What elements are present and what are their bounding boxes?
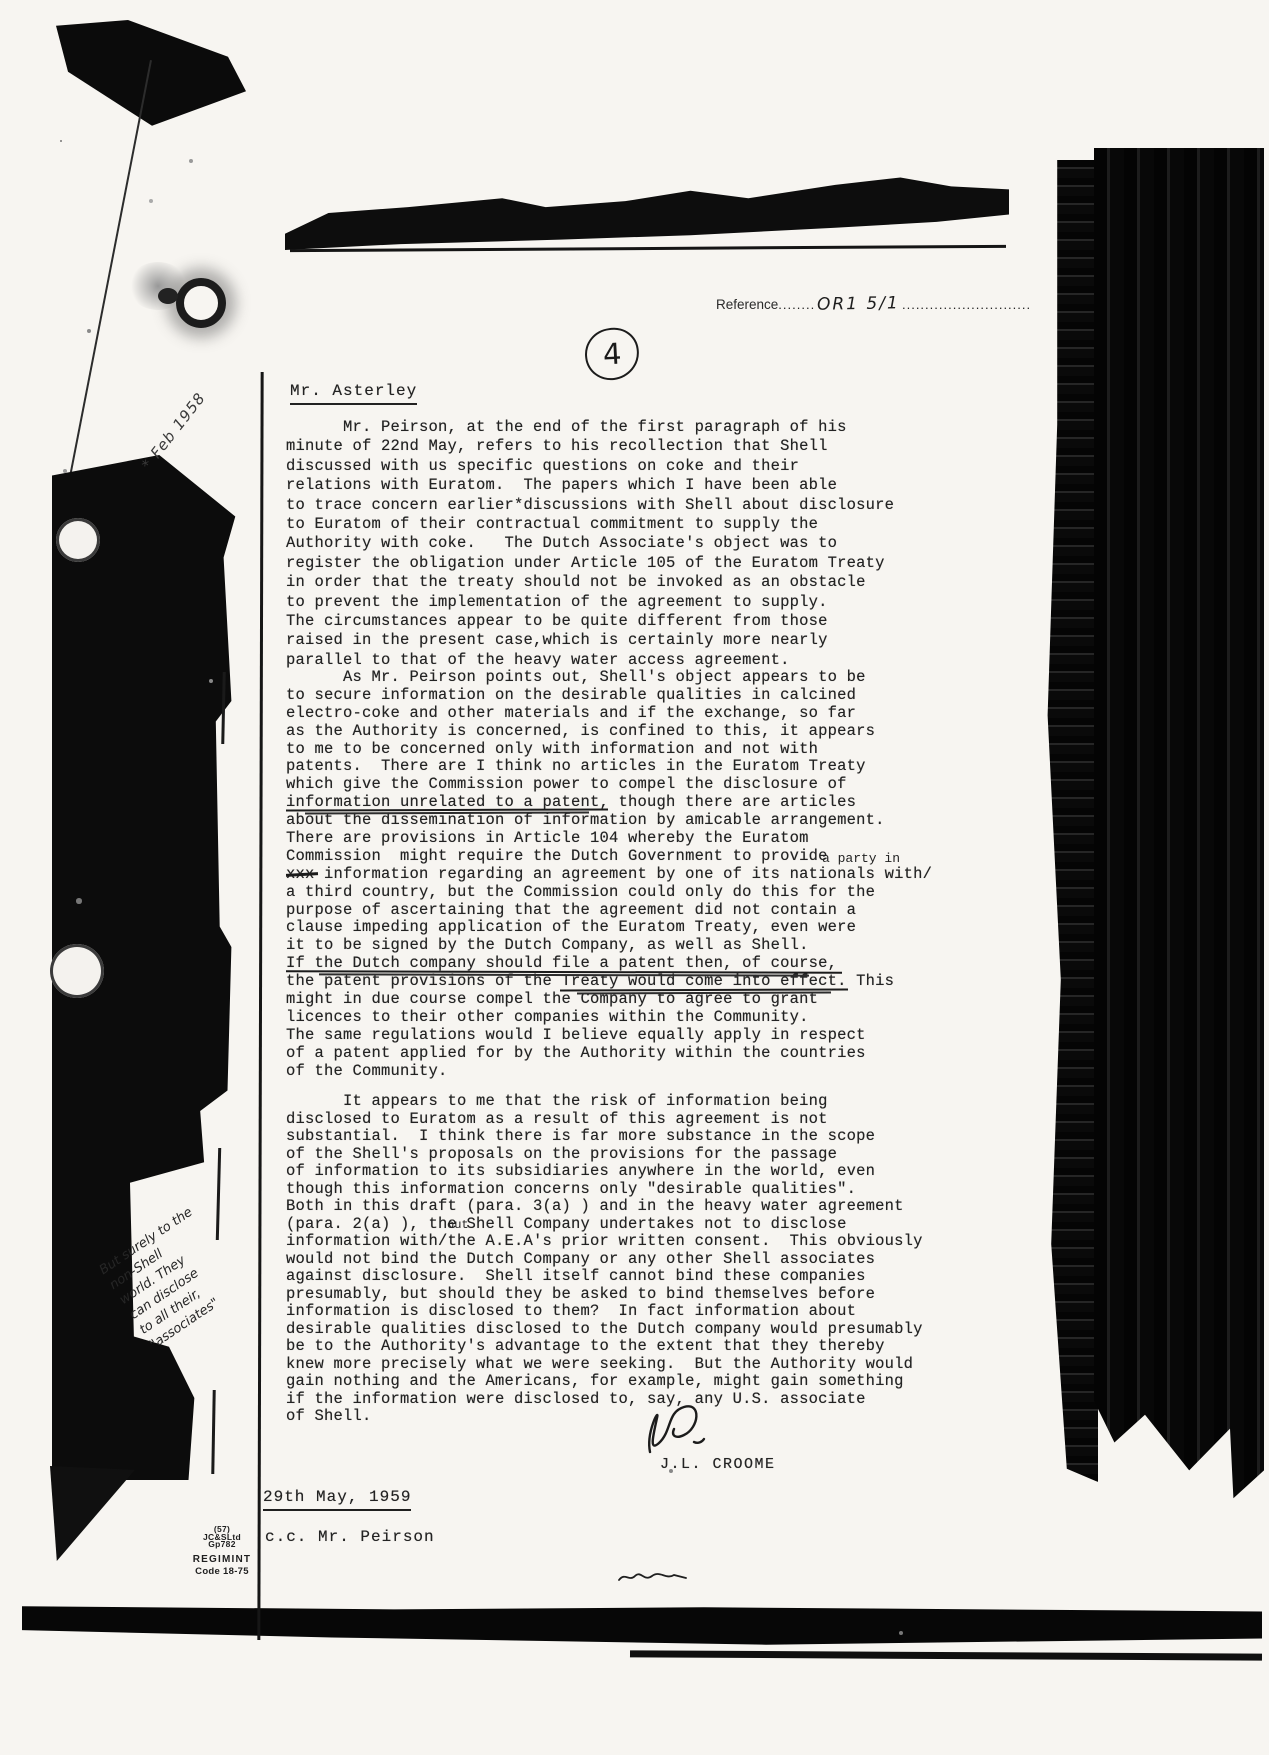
typed-line: knew more precisely what we were seeking…: [286, 1355, 923, 1373]
typed-line: of a patent applied for by the Authority…: [286, 1044, 932, 1062]
typed-line: licences to their other companies within…: [286, 1008, 932, 1026]
scan-artifact-binder-ring: [176, 278, 226, 328]
typed-line: information with/the A.E.A's prior writt…: [286, 1232, 923, 1250]
scanned-memo-page: Reference........OR1 5/1................…: [0, 0, 1269, 1755]
typed-insertion-out: out: [447, 1218, 469, 1232]
stamp-line: Gp782: [190, 1541, 254, 1549]
cc-line: c.c. Mr. Peirson: [265, 1528, 435, 1546]
typed-line: if the information were disclosed to, sa…: [286, 1390, 923, 1408]
scan-artifact-bottom-streak: [630, 1650, 1262, 1660]
typed-insertion-a-party-in: a party in: [822, 851, 900, 866]
typed-line: would not bind the Dutch Company or any …: [286, 1250, 923, 1268]
typed-line: If the Dutch company should file a paten…: [286, 954, 932, 972]
scan-artifact-top-band: [285, 176, 1009, 250]
typed-line: clause impeding application of the Eurat…: [286, 918, 932, 936]
margin-pen-stroke: [211, 1390, 215, 1474]
typed-line: presumably, but should they be asked to …: [286, 1285, 923, 1303]
scan-artifact-top-left-wedge: [52, 20, 252, 135]
reference-value-handwritten: OR1 5/1: [817, 293, 900, 314]
typed-line: disclosed to Euratom as a result of this…: [286, 1110, 923, 1128]
paragraph-3: It appears to me that the risk of inform…: [286, 1092, 923, 1425]
reference-dots: ........: [778, 297, 815, 312]
typed-line: register the obligation under Article 10…: [286, 554, 894, 573]
page-number-circle: 4: [582, 325, 642, 383]
typed-line: to Euratom of their contractual commitme…: [286, 515, 894, 534]
salutation: Mr. Asterley: [290, 382, 417, 405]
underline-mark: [286, 970, 842, 973]
typed-line: Authority with coke. The Dutch Associate…: [286, 534, 894, 553]
underline-mark: [286, 808, 608, 811]
typed-line: minute of 22nd May, refers to his recoll…: [286, 437, 894, 456]
typed-line: against disclosure. Shell itself cannot …: [286, 1267, 923, 1285]
typed-line: of the Community.: [286, 1062, 932, 1080]
typed-line: There are provisions in Article 104 wher…: [286, 829, 932, 847]
typed-line: to me to be concerned only with informat…: [286, 740, 932, 758]
scan-artifact-page-top-edge: [290, 245, 1006, 252]
signature-name: J.L. CROOME: [660, 1456, 776, 1473]
typed-line: patents. There are I think no articles i…: [286, 757, 932, 775]
reference-row: Reference........OR1 5/1................…: [716, 294, 1031, 312]
page-number: 4: [602, 337, 622, 372]
typed-line: about the dissemination of information b…: [286, 811, 932, 829]
scan-artifact-bottom-band: [22, 1600, 1262, 1652]
printers-stamp: (57)JC&SLtdGp782REGIMINTCode 18-75: [190, 1526, 254, 1578]
stamp-line: REGIMINT: [190, 1553, 254, 1566]
typed-line: gain nothing and the Americans, for exam…: [286, 1372, 923, 1390]
signature-scribble: [630, 1398, 722, 1460]
typed-line: to secure information on the desirable q…: [286, 686, 932, 704]
typed-line: which give the Commission power to compe…: [286, 775, 932, 793]
typed-line: a third country, but the Commission coul…: [286, 883, 932, 901]
page-margin-rule: [257, 372, 263, 1640]
typed-line: xxx information regarding an agreement b…: [286, 865, 932, 883]
margin-note-feb-1958: * Feb 1958: [138, 389, 209, 473]
paragraph-2: As Mr. Peirson points out, Shell's objec…: [286, 668, 932, 1079]
scan-artifact-right-band-inner: [1038, 160, 1098, 1482]
reference-dots: ............................: [902, 297, 1031, 312]
typed-line: as the Authority is concerned, is confin…: [286, 722, 932, 740]
typed-line: of Shell.: [286, 1407, 923, 1425]
typed-line: Both in this draft (para. 3(a) ) and in …: [286, 1197, 923, 1215]
typed-line: information is disclosed to them? In fac…: [286, 1302, 923, 1320]
typed-line: substantial. I think there is far more s…: [286, 1127, 923, 1145]
typed-line: purpose of ascertaining that the agreeme…: [286, 901, 932, 919]
typed-line: desirable qualities disclosed to the Dut…: [286, 1320, 923, 1338]
typed-line: As Mr. Peirson points out, Shell's objec…: [286, 668, 932, 686]
scan-artifact-ink-blob: [158, 288, 178, 304]
scan-artifact-right-band-outer: [1094, 148, 1264, 1540]
typed-line: electro-coke and other materials and if …: [286, 704, 932, 722]
typed-line: of the Shell's proposals on the provisio…: [286, 1145, 923, 1163]
typed-line: Mr. Peirson, at the end of the first par…: [286, 418, 894, 437]
paragraph-1: Mr. Peirson, at the end of the first par…: [286, 418, 894, 670]
typed-line: (para. 2(a) ), the Shell Company underta…: [286, 1215, 923, 1233]
typed-line: be to the Authority's advantage to the e…: [286, 1337, 923, 1355]
bottom-scribble: [616, 1566, 690, 1588]
typed-line: discussed with us specific questions on …: [286, 457, 894, 476]
typed-line: It appears to me that the risk of inform…: [286, 1092, 923, 1110]
reference-label: Reference: [716, 297, 778, 312]
typed-line: The circumstances appear to be quite dif…: [286, 612, 894, 631]
typed-line: The same regulations would I believe equ…: [286, 1026, 932, 1044]
typed-line: it to be signed by the Dutch Company, as…: [286, 936, 932, 954]
typed-line: to trace concern earlier*discussions wit…: [286, 496, 894, 515]
typed-line: relations with Euratom. The papers which…: [286, 476, 894, 495]
typed-line: raised in the present case,which is cert…: [286, 631, 894, 650]
scan-noise-speckles: [60, 140, 62, 142]
punch-hole: [50, 944, 104, 998]
typed-line: of information to its subsidiaries anywh…: [286, 1162, 923, 1180]
scan-artifact-bottom-left-wedge: [50, 1466, 135, 1561]
typed-line: though this information concerns only "d…: [286, 1180, 923, 1198]
typed-line: to prevent the implementation of the agr…: [286, 593, 894, 612]
underline-mark: [560, 988, 848, 991]
stamp-line: Code 18-75: [190, 1566, 254, 1578]
date-line: 29th May, 1959: [263, 1488, 411, 1511]
typed-line: in order that the treaty should not be i…: [286, 573, 894, 592]
punch-hole: [56, 518, 100, 562]
